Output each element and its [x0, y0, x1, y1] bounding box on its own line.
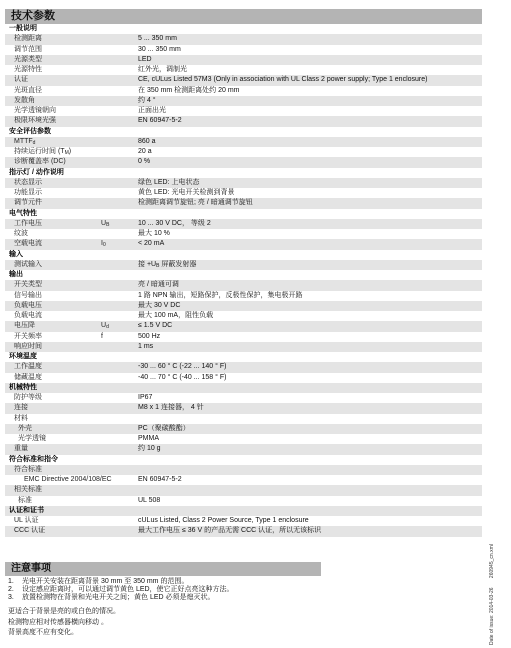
spec-label: 检测距离	[14, 34, 42, 44]
section-title: 电气特性	[9, 209, 37, 219]
spec-value: 最大 30 V DC	[138, 301, 180, 311]
spec-value: M8 x 1 连接器， 4 针	[138, 403, 204, 413]
note-text: 检测物应相对传感器横向移动 。	[8, 618, 120, 629]
spec-label: 连接	[14, 403, 28, 413]
date-of-issue: Date of issue: 2014-03-26	[489, 587, 495, 645]
spec-label: 符合标准	[14, 465, 42, 475]
spec-row: 连接M8 x 1 连接器， 4 针	[5, 403, 482, 413]
spec-row: MTTFd860 a	[5, 137, 482, 147]
spec-row: 储藏温度-40 ... 70 ° C (-40 ... 158 ° F)	[5, 373, 482, 383]
spec-row: 工作电压UB10 ... 30 V DC， 等级 2	[5, 219, 482, 229]
spec-label: 认证	[14, 75, 28, 85]
spec-row: 负载电流最大 100 mA，阻性负载	[5, 311, 482, 321]
spec-row: 调节元件检测距离调节旋钮; 亮 / 暗通调节旋钮	[5, 198, 482, 208]
spec-value: 30 ... 350 mm	[138, 45, 181, 55]
spec-value: 黄色 LED: 光电开关检测到背景	[138, 188, 234, 198]
spec-row: 发散角约 4 °	[5, 96, 482, 106]
spec-value: 约 4 °	[138, 96, 156, 106]
spec-label: 开关频率	[14, 332, 42, 342]
spec-row: 极限环境光强EN 60947-5-2	[5, 116, 482, 126]
notes-extra: 更适合于背景是亮的或白色的情况。检测物应相对传感器横向移动 。背景高度不应有变化…	[8, 607, 120, 639]
spec-row: 信号输出1 路 NPN 输出，短路保护，反极性保护，集电极开路	[5, 291, 482, 301]
section-header: 环境温度	[5, 352, 482, 362]
spec-value: PC（聚碳酸酯）	[138, 424, 190, 434]
spec-row: 外壳PC（聚碳酸酯）	[5, 424, 482, 434]
spec-label: EMC Directive 2004/108/EC	[24, 475, 112, 485]
spec-row: 纹波最大 10 %	[5, 229, 482, 239]
spec-label: 工作温度	[14, 362, 42, 372]
spec-value: 最大 100 mA，阻性负载	[138, 311, 213, 321]
notes-title: 注意事项	[11, 563, 51, 575]
spec-label: 储藏温度	[14, 373, 42, 383]
spec-row: 认证CE, cULus Listed 57M3 (Only in associa…	[5, 75, 482, 85]
spec-row: 持续运行时间 (TM)20 a	[5, 147, 482, 157]
spec-label: 负载电流	[14, 311, 42, 321]
spec-value: IP67	[138, 393, 152, 403]
spec-title-bar: 技术参数	[5, 9, 482, 24]
section-title: 环境温度	[9, 352, 37, 362]
spec-value: 5 ... 350 mm	[138, 34, 177, 44]
spec-value: 检测距离调节旋钮; 亮 / 暗通调节旋钮	[138, 198, 253, 208]
spec-row: 防护等级IP67	[5, 393, 482, 403]
spec-label: 状态显示	[14, 178, 42, 188]
spec-row: CCC 认证最大工作电压 ≤ 36 V 的产品无需 CCC 认证，所以无该标识	[5, 526, 482, 536]
section-title: 机械特性	[9, 383, 37, 393]
spec-label: 调节范围	[14, 45, 42, 55]
spec-value: 接 +UB 屏蔽发射器	[138, 260, 196, 270]
spec-row: 功能显示黄色 LED: 光电开关检测到背景	[5, 188, 482, 198]
spec-row: 调节范围30 ... 350 mm	[5, 45, 482, 55]
spec-row: 开关类型亮 / 暗通可调	[5, 280, 482, 290]
spec-value: UL 508	[138, 496, 160, 506]
note-text: 更适合于背景是亮的或白色的情况。	[8, 607, 120, 618]
spec-label: 调节元件	[14, 198, 42, 208]
notes-list: 1.光电开关安装在距离背景 30 mm 至 350 mm 的范围。2.设定感应距…	[8, 578, 234, 603]
spec-label: 防护等级	[14, 393, 42, 403]
spec-label: CCC 认证	[14, 526, 45, 536]
spec-value: 1 ms	[138, 342, 153, 352]
spec-row: 开关频率f500 Hz	[5, 332, 482, 342]
spec-row: 负载电压最大 30 V DC	[5, 301, 482, 311]
spec-label: 负载电压	[14, 301, 42, 311]
notes-title-bar: 注意事项	[5, 562, 321, 576]
spec-value: 1 路 NPN 输出，短路保护，反极性保护，集电极开路	[138, 291, 303, 301]
spec-value: 红外光，调制光	[138, 65, 187, 75]
spec-row: UL 认证cULus Listed, Class 2 Power Source,…	[5, 516, 482, 526]
spec-label: 发散角	[14, 96, 35, 106]
spec-value: LED	[138, 55, 152, 65]
spec-row: 重量约 10 g	[5, 444, 482, 454]
spec-value: 绿色 LED: 上电状态	[138, 178, 199, 188]
section-title: 认证和证书	[9, 506, 44, 516]
spec-row: 相关标准	[5, 485, 482, 495]
section-header: 安全评估参数	[5, 127, 482, 137]
spec-value: 0 %	[138, 157, 150, 167]
spec-row: 符合标准	[5, 465, 482, 475]
note-item: 3.放置检测物在背景和光电开关之间；黄色 LED 必须是熄灭状。	[8, 594, 234, 602]
spec-label: 持续运行时间 (TM)	[14, 147, 71, 157]
spec-label: 相关标准	[14, 485, 42, 495]
section-title: 安全评估参数	[9, 127, 51, 137]
section-header: 电气特性	[5, 209, 482, 219]
spec-row: 光学透镜PMMA	[5, 434, 482, 444]
spec-value: 正面出光	[138, 106, 166, 116]
spec-symbol: UB	[101, 219, 109, 229]
spec-label: 功能显示	[14, 188, 42, 198]
spec-row: EMC Directive 2004/108/ECEN 60947-5-2	[5, 475, 482, 485]
section-title: 输出	[9, 270, 23, 280]
spec-label: 光源特性	[14, 65, 42, 75]
side-meta: Date of issue: 2014-03-26 260945_cn.xml	[489, 544, 495, 645]
spec-value: 最大工作电压 ≤ 36 V 的产品无需 CCC 认证，所以无该标识	[138, 526, 321, 536]
section-title: 一般说明	[9, 24, 37, 34]
spec-symbol: I0	[101, 239, 106, 249]
spec-label: 外壳	[18, 424, 32, 434]
spec-row: 诊断覆盖率 (DC)0 %	[5, 157, 482, 167]
note-text: 背景高度不应有变化。	[8, 628, 120, 639]
spec-value: PMMA	[138, 434, 159, 444]
spec-value: < 20 mA	[138, 239, 164, 249]
spec-row: 标准UL 508	[5, 496, 482, 506]
spec-label: 开关类型	[14, 280, 42, 290]
note-item: 1.光电开关安装在距离背景 30 mm 至 350 mm 的范围。	[8, 578, 234, 586]
section-header: 输出	[5, 270, 482, 280]
spec-symbol: Ud	[101, 321, 109, 331]
spec-value: CE, cULus Listed 57M3 (Only in associati…	[138, 75, 427, 85]
spec-value: 约 10 g	[138, 444, 161, 454]
spec-row: 工作温度-30 ... 60 ° C (-22 ... 140 ° F)	[5, 362, 482, 372]
spec-row: 状态显示绿色 LED: 上电状态	[5, 178, 482, 188]
spec-label: 光学透镜朝向	[14, 106, 56, 116]
spec-value: -40 ... 70 ° C (-40 ... 158 ° F)	[138, 373, 226, 383]
spec-value: 10 ... 30 V DC， 等级 2	[138, 219, 211, 229]
spec-row: 光学透镜朝向正面出光	[5, 106, 482, 116]
spec-value: -30 ... 60 ° C (-22 ... 140 ° F)	[138, 362, 226, 372]
section-title: 指示灯 / 动作说明	[9, 168, 64, 178]
spec-value: 最大 10 %	[138, 229, 170, 239]
section-header: 输入	[5, 250, 482, 260]
spec-value: 500 Hz	[138, 332, 160, 342]
spec-label: 光斑直径	[14, 86, 42, 96]
spec-table: 一般说明检测距离5 ... 350 mm调节范围30 ... 350 mm光源类…	[5, 24, 482, 537]
spec-row: 响应时间1 ms	[5, 342, 482, 352]
spec-symbol: f	[101, 332, 103, 342]
spec-row: 电压降Ud≤ 1.5 V DC	[5, 321, 482, 331]
section-header: 认证和证书	[5, 506, 482, 516]
spec-value: ≤ 1.5 V DC	[138, 321, 172, 331]
spec-label: 光源类型	[14, 55, 42, 65]
spec-value: EN 60947-5-2	[138, 116, 182, 126]
spec-label: 光学透镜	[18, 434, 46, 444]
spec-label: 极限环境光强	[14, 116, 56, 126]
section-title: 符合标准和指令	[9, 455, 58, 465]
spec-label: UL 认证	[14, 516, 39, 526]
spec-label: 信号输出	[14, 291, 42, 301]
section-header: 符合标准和指令	[5, 455, 482, 465]
spec-label: 响应时间	[14, 342, 42, 352]
section-title: 输入	[9, 250, 23, 260]
spec-row: 光源特性红外光，调制光	[5, 65, 482, 75]
section-header: 指示灯 / 动作说明	[5, 168, 482, 178]
page-title: 技术参数	[11, 10, 55, 23]
spec-label: 纹波	[14, 229, 28, 239]
section-header: 机械特性	[5, 383, 482, 393]
spec-label: 工作电压	[14, 219, 42, 229]
spec-value: cULus Listed, Class 2 Power Source, Type…	[138, 516, 309, 526]
spec-value: EN 60947-5-2	[138, 475, 182, 485]
file-name: 260945_cn.xml	[489, 544, 495, 578]
spec-label: 材料	[14, 414, 28, 424]
spec-value: 860 a	[138, 137, 156, 147]
spec-label: MTTFd	[14, 137, 35, 147]
spec-row: 光斑直径在 350 mm 检测距离处约 20 mm	[5, 86, 482, 96]
spec-row: 光源类型LED	[5, 55, 482, 65]
section-header: 一般说明	[5, 24, 482, 34]
spec-value: 亮 / 暗通可调	[138, 280, 179, 290]
spec-label: 空载电流	[14, 239, 42, 249]
spec-label: 测试输入	[14, 260, 42, 270]
spec-row: 测试输入接 +UB 屏蔽发射器	[5, 260, 482, 270]
spec-value: 20 a	[138, 147, 152, 157]
spec-label: 标准	[18, 496, 32, 506]
spec-label: 重量	[14, 444, 28, 454]
spec-label: 诊断覆盖率 (DC)	[14, 157, 66, 167]
spec-label: 电压降	[14, 321, 35, 331]
spec-row: 检测距离5 ... 350 mm	[5, 34, 482, 44]
spec-value: 在 350 mm 检测距离处约 20 mm	[138, 86, 240, 96]
spec-row: 空载电流I0< 20 mA	[5, 239, 482, 249]
spec-row: 材料	[5, 414, 482, 424]
